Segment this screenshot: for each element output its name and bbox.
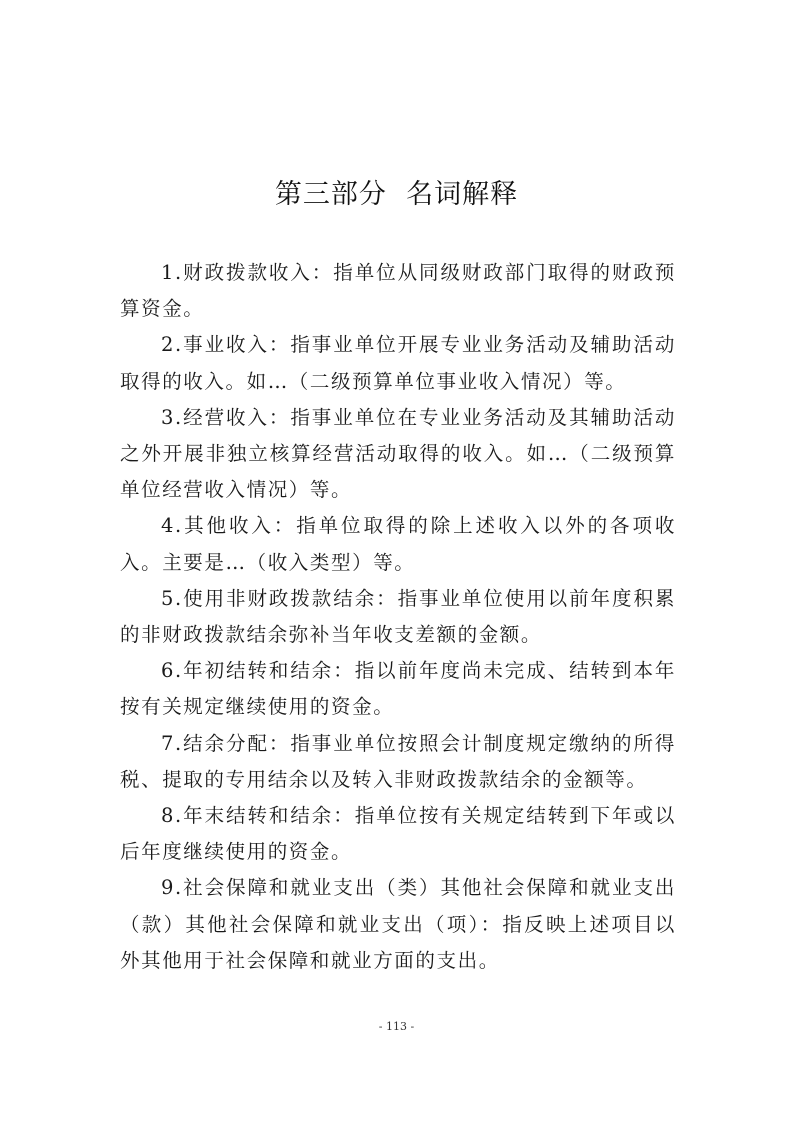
glossary-item: 3.经营收入：指事业单位在专业业务活动及其辅助活动之外开展非独立核算经营活动取得… [120, 400, 676, 509]
item-text: 年末结转和结余：指单位按有关规定结转到下年或以后年度继续使用的资金。 [120, 804, 676, 863]
item-text: 年初结转和结余：指以前年度尚未完成、结转到本年按有关规定继续使用的资金。 [120, 659, 676, 718]
item-text: 事业收入：指事业单位开展专业业务活动及辅助活动取得的收入。如…（二级预算单位事业… [120, 333, 676, 392]
glossary-item: 5.使用非财政拨款结余：指事业单位使用以前年度积累的非财政拨款结余弥补当年收支差… [120, 581, 676, 653]
glossary-item: 7.结余分配：指事业单位按照会计制度规定缴纳的所得税、提取的专用结余以及转入非财… [120, 726, 676, 798]
glossary-item: 9.社会保障和就业支出（类）其他社会保障和就业支出（款）其他社会保障和就业支出（… [120, 870, 676, 979]
glossary-item: 4.其他收入：指单位取得的除上述收入以外的各项收入。主要是…（收入类型）等。 [120, 508, 676, 580]
glossary-body: 1.财政拨款收入：指单位从同级财政部门取得的财政预算资金。 2.事业收入：指事业… [120, 255, 676, 979]
glossary-item: 1.财政拨款收入：指单位从同级财政部门取得的财政预算资金。 [120, 255, 676, 327]
item-text: 财政拨款收入：指单位从同级财政部门取得的财政预算资金。 [120, 261, 676, 320]
document-page: 第三部分 名词解释 1.财政拨款收入：指单位从同级财政部门取得的财政预算资金。 … [0, 0, 793, 1122]
item-number: 6. [161, 659, 183, 682]
item-number: 5. [161, 587, 183, 610]
glossary-item: 8.年末结转和结余：指单位按有关规定结转到下年或以后年度继续使用的资金。 [120, 798, 676, 870]
item-text: 使用非财政拨款结余：指事业单位使用以前年度积累的非财政拨款结余弥补当年收支差额的… [120, 587, 676, 646]
item-number: 2. [161, 333, 183, 356]
item-number: 3. [161, 406, 183, 429]
item-number: 1. [161, 261, 183, 284]
item-number: 7. [161, 732, 183, 755]
item-number: 8. [161, 804, 183, 827]
item-text: 经营收入：指事业单位在专业业务活动及其辅助活动之外开展非独立核算经营活动取得的收… [120, 406, 676, 501]
page-number: - 113 - [0, 1020, 793, 1033]
item-text: 其他收入：指单位取得的除上述收入以外的各项收入。主要是…（收入类型）等。 [120, 514, 676, 573]
glossary-item: 2.事业收入：指事业单位开展专业业务活动及辅助活动取得的收入。如…（二级预算单位… [120, 327, 676, 399]
glossary-item: 6.年初结转和结余：指以前年度尚未完成、结转到本年按有关规定继续使用的资金。 [120, 653, 676, 725]
item-number: 4. [161, 514, 183, 537]
page-title: 第三部分 名词解释 [0, 172, 793, 211]
item-text: 结余分配：指事业单位按照会计制度规定缴纳的所得税、提取的专用结余以及转入非财政拨… [120, 732, 676, 791]
item-text: 社会保障和就业支出（类）其他社会保障和就业支出（款）其他社会保障和就业支出（项）… [120, 876, 676, 971]
item-number: 9. [161, 876, 183, 899]
